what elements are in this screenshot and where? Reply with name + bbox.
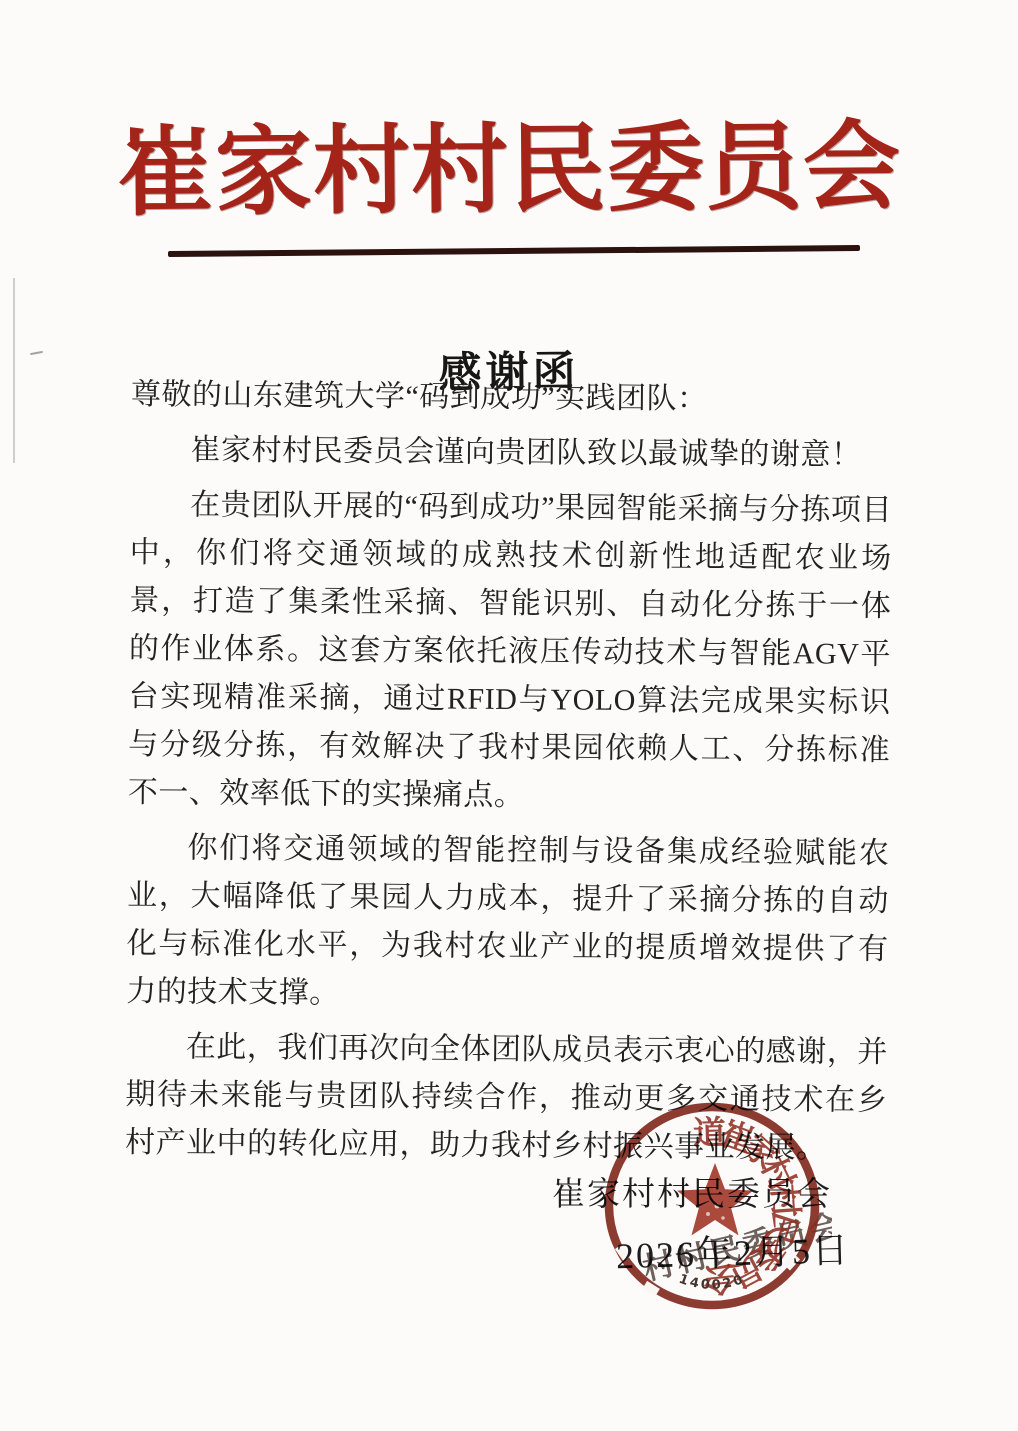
letter-body: 尊敬的山东建筑大学“码到成功”实践团队： 崔家村村民委员会谨向贵团队致以最诚挚的…	[125, 371, 893, 1173]
seal-star-wear	[715, 1204, 720, 1209]
seal-star-wear	[721, 1216, 725, 1220]
paragraph: 你们将交通领域的智能控制与设备集成经验赋能农业，大幅降低了果园人力成本，提升了采…	[126, 824, 889, 1022]
letter-page: 崔家村村民委员会 感谢函 尊敬的山东建筑大学“码到成功”实践团队： 崔家村村民委…	[0, 0, 1018, 1431]
official-seal: 村村民委员会 道崔家村村民委员会 3714002020	[596, 1094, 832, 1320]
seal-star-wear	[706, 1212, 710, 1216]
letterhead-underline	[168, 245, 860, 257]
letterhead-title: 崔家村村民委员会	[0, 114, 1018, 230]
seal-star-icon	[677, 1163, 753, 1235]
letterhead: 崔家村村民委员会	[0, 114, 1018, 230]
seal-graphic: 村村民委员会 道崔家村村民委员会 3714002020	[596, 1094, 832, 1320]
paragraph: 崔家村村民委员会谨向贵团队致以最诚挚的谢意！	[130, 426, 892, 480]
paragraph: 在贵团队开展的“码到成功”果园智能采摘与分拣项目中，你们将交通领域的成熟技术创新…	[128, 481, 893, 823]
salutation: 尊敬的山东建筑大学“码到成功”实践团队：	[131, 371, 893, 425]
